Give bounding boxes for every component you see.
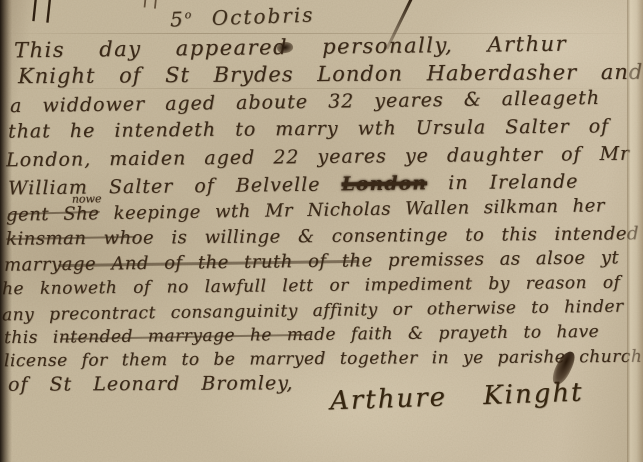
heading-ordinal: o — [184, 8, 193, 21]
binding-shadow-left — [0, 0, 12, 462]
page-edge-right — [627, 0, 643, 462]
heading-date: 5o Octobris — [170, 2, 315, 31]
manuscript-line-13: license for them to be marryed together … — [4, 347, 642, 371]
manuscript-line-14: of St Leonard Bromley, — [8, 372, 294, 395]
heading-day: 5 — [170, 7, 186, 31]
manuscript-line-3: a widdower aged aboute 32 yeares & allea… — [10, 87, 600, 117]
struck-word-london: London — [341, 172, 427, 195]
line-7-post: keepinge wth Mr Nicholas Wallen silkman … — [113, 195, 605, 224]
cutoff-pen-marks-center: || — [141, 0, 164, 10]
manuscript-line-2: Knight of St Brydes London Haberdasher a… — [18, 60, 643, 88]
cutoff-pen-marks-left: || — [28, 0, 60, 24]
line-6-pre: William Salter of Belvelle — [8, 174, 321, 200]
manuscript-page: || || 5o Octobris This day appeared pers… — [0, 0, 643, 462]
manuscript-line-4: that he intendeth to marry wth Ursula Sa… — [8, 115, 609, 142]
inserted-word-above-line: nowe — [72, 192, 102, 205]
heading-month: Octobris — [211, 2, 314, 30]
manuscript-line-10: he knoweth of no lawfull lett or impedim… — [2, 273, 621, 299]
signature-arthur-knight: Arthure Kinght — [330, 378, 584, 417]
manuscript-line-5: London, maiden aged 22 yeares ye daughte… — [6, 143, 630, 172]
line-6-post: in Irelande — [448, 171, 578, 195]
manuscript-line-11: any precontract consanguinity affinity o… — [2, 297, 624, 326]
